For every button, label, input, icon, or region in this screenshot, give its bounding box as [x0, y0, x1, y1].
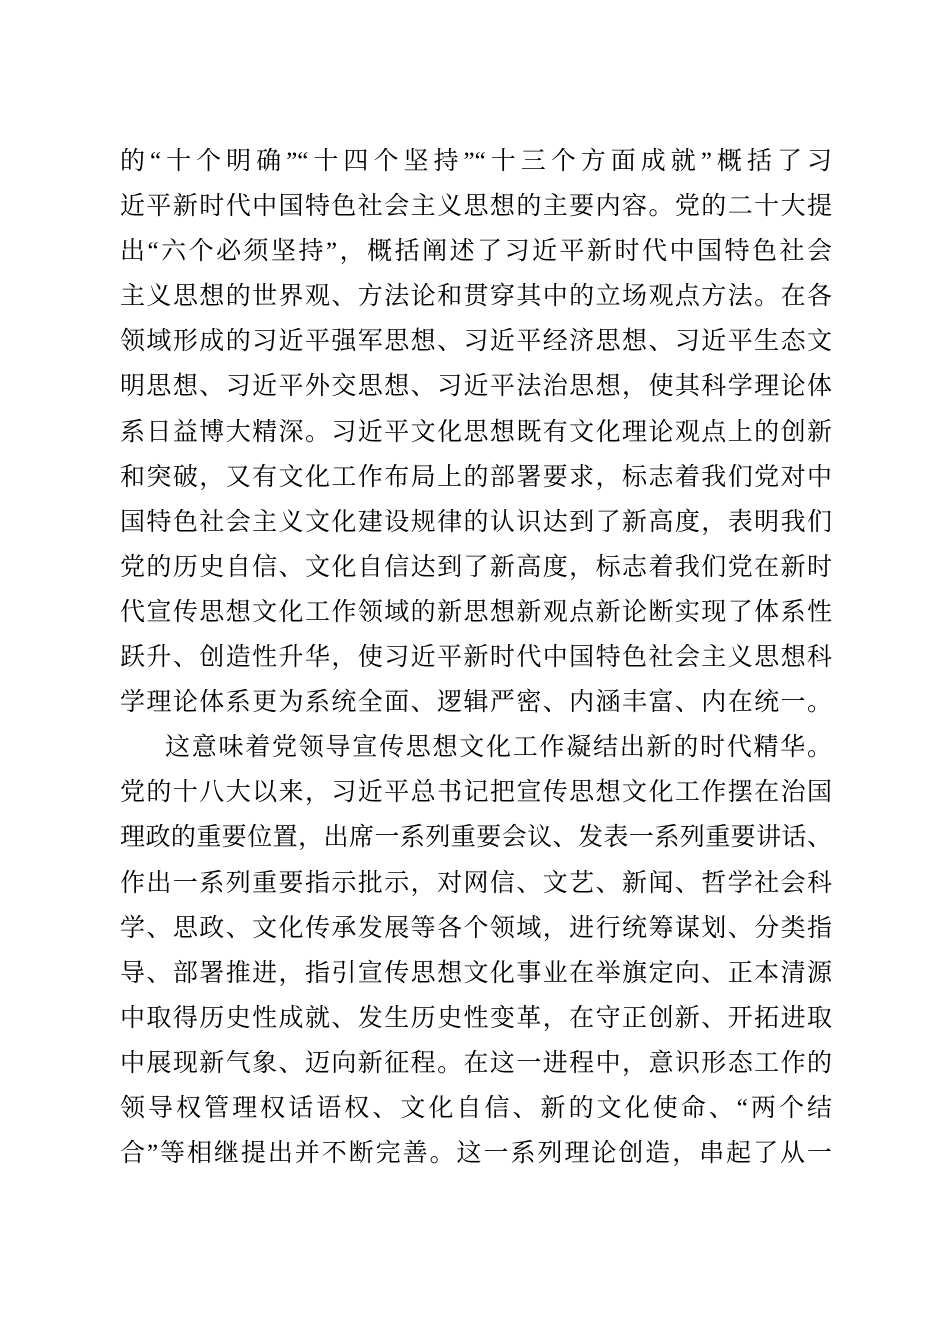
text-line: 学、思政、文化传承发展等各个领域，进行统筹谋划、分类指	[120, 906, 832, 951]
text-line: 党的十八大以来，习近平总书记把宣传思想文化工作摆在治国	[120, 770, 832, 815]
text-line: 中取得历史性成就、发生历史性变革，在守正创新、开拓进取	[120, 996, 832, 1041]
text-line: 作出一系列重要指示批示，对网信、文艺、新闻、哲学社会科	[120, 861, 832, 906]
text-line: 领导权管理权话语权、文化自信、新的文化使命、“两个结	[120, 1086, 832, 1131]
text-line: 的“十个明确”“十四个坚持”“十三个方面成就”概括了习	[120, 139, 832, 184]
text-line: 国特色社会主义文化建设规律的认识达到了新高度，表明我们	[120, 500, 832, 545]
text-line: 学理论体系更为系统全面、逻辑严密、内涵丰富、内在统一。	[120, 680, 832, 725]
text-line: 党的历史自信、文化自信达到了新高度，标志着我们党在新时	[120, 545, 832, 590]
document-body: 的“十个明确”“十四个坚持”“十三个方面成就”概括了习 近平新时代中国特色社会主…	[120, 139, 832, 1176]
text-line: 导、部署推进，指引宣传思想文化事业在举旗定向、正本清源	[120, 951, 832, 996]
text-line: 领域形成的习近平强军思想、习近平经济思想、习近平生态文	[120, 319, 832, 364]
text-line: 和突破，又有文化工作布局上的部署要求，标志着我们党对中	[120, 455, 832, 500]
text-line: 系日益博大精深。习近平文化思想既有文化理论观点上的创新	[120, 410, 832, 455]
text-line: 合”等相继提出并不断完善。这一系列理论创造，串起了从一	[120, 1131, 832, 1176]
text-line: 跃升、创造性升华，使习近平新时代中国特色社会主义思想科	[120, 635, 832, 680]
text-line: 主义思想的世界观、方法论和贯穿其中的立场观点方法。在各	[120, 274, 832, 319]
text-line: 理政的重要位置，出席一系列重要会议、发表一系列重要讲话、	[120, 815, 832, 860]
text-line: 中展现新气象、迈向新征程。在这一进程中，意识形态工作的	[120, 1041, 832, 1086]
text-line-paragraph-start: 这意味着党领导宣传思想文化工作凝结出新的时代精华。	[120, 725, 832, 770]
text-line: 明思想、习近平外交思想、习近平法治思想，使其科学理论体	[120, 364, 832, 409]
text-line: 出“六个必须坚持”，概括阐述了习近平新时代中国特色社会	[120, 229, 832, 274]
text-line: 代宣传思想文化工作领域的新思想新观点新论断实现了体系性	[120, 590, 832, 635]
document-page: 的“十个明确”“十四个坚持”“十三个方面成就”概括了习 近平新时代中国特色社会主…	[0, 0, 950, 1344]
text-line: 近平新时代中国特色社会主义思想的主要内容。党的二十大提	[120, 184, 832, 229]
